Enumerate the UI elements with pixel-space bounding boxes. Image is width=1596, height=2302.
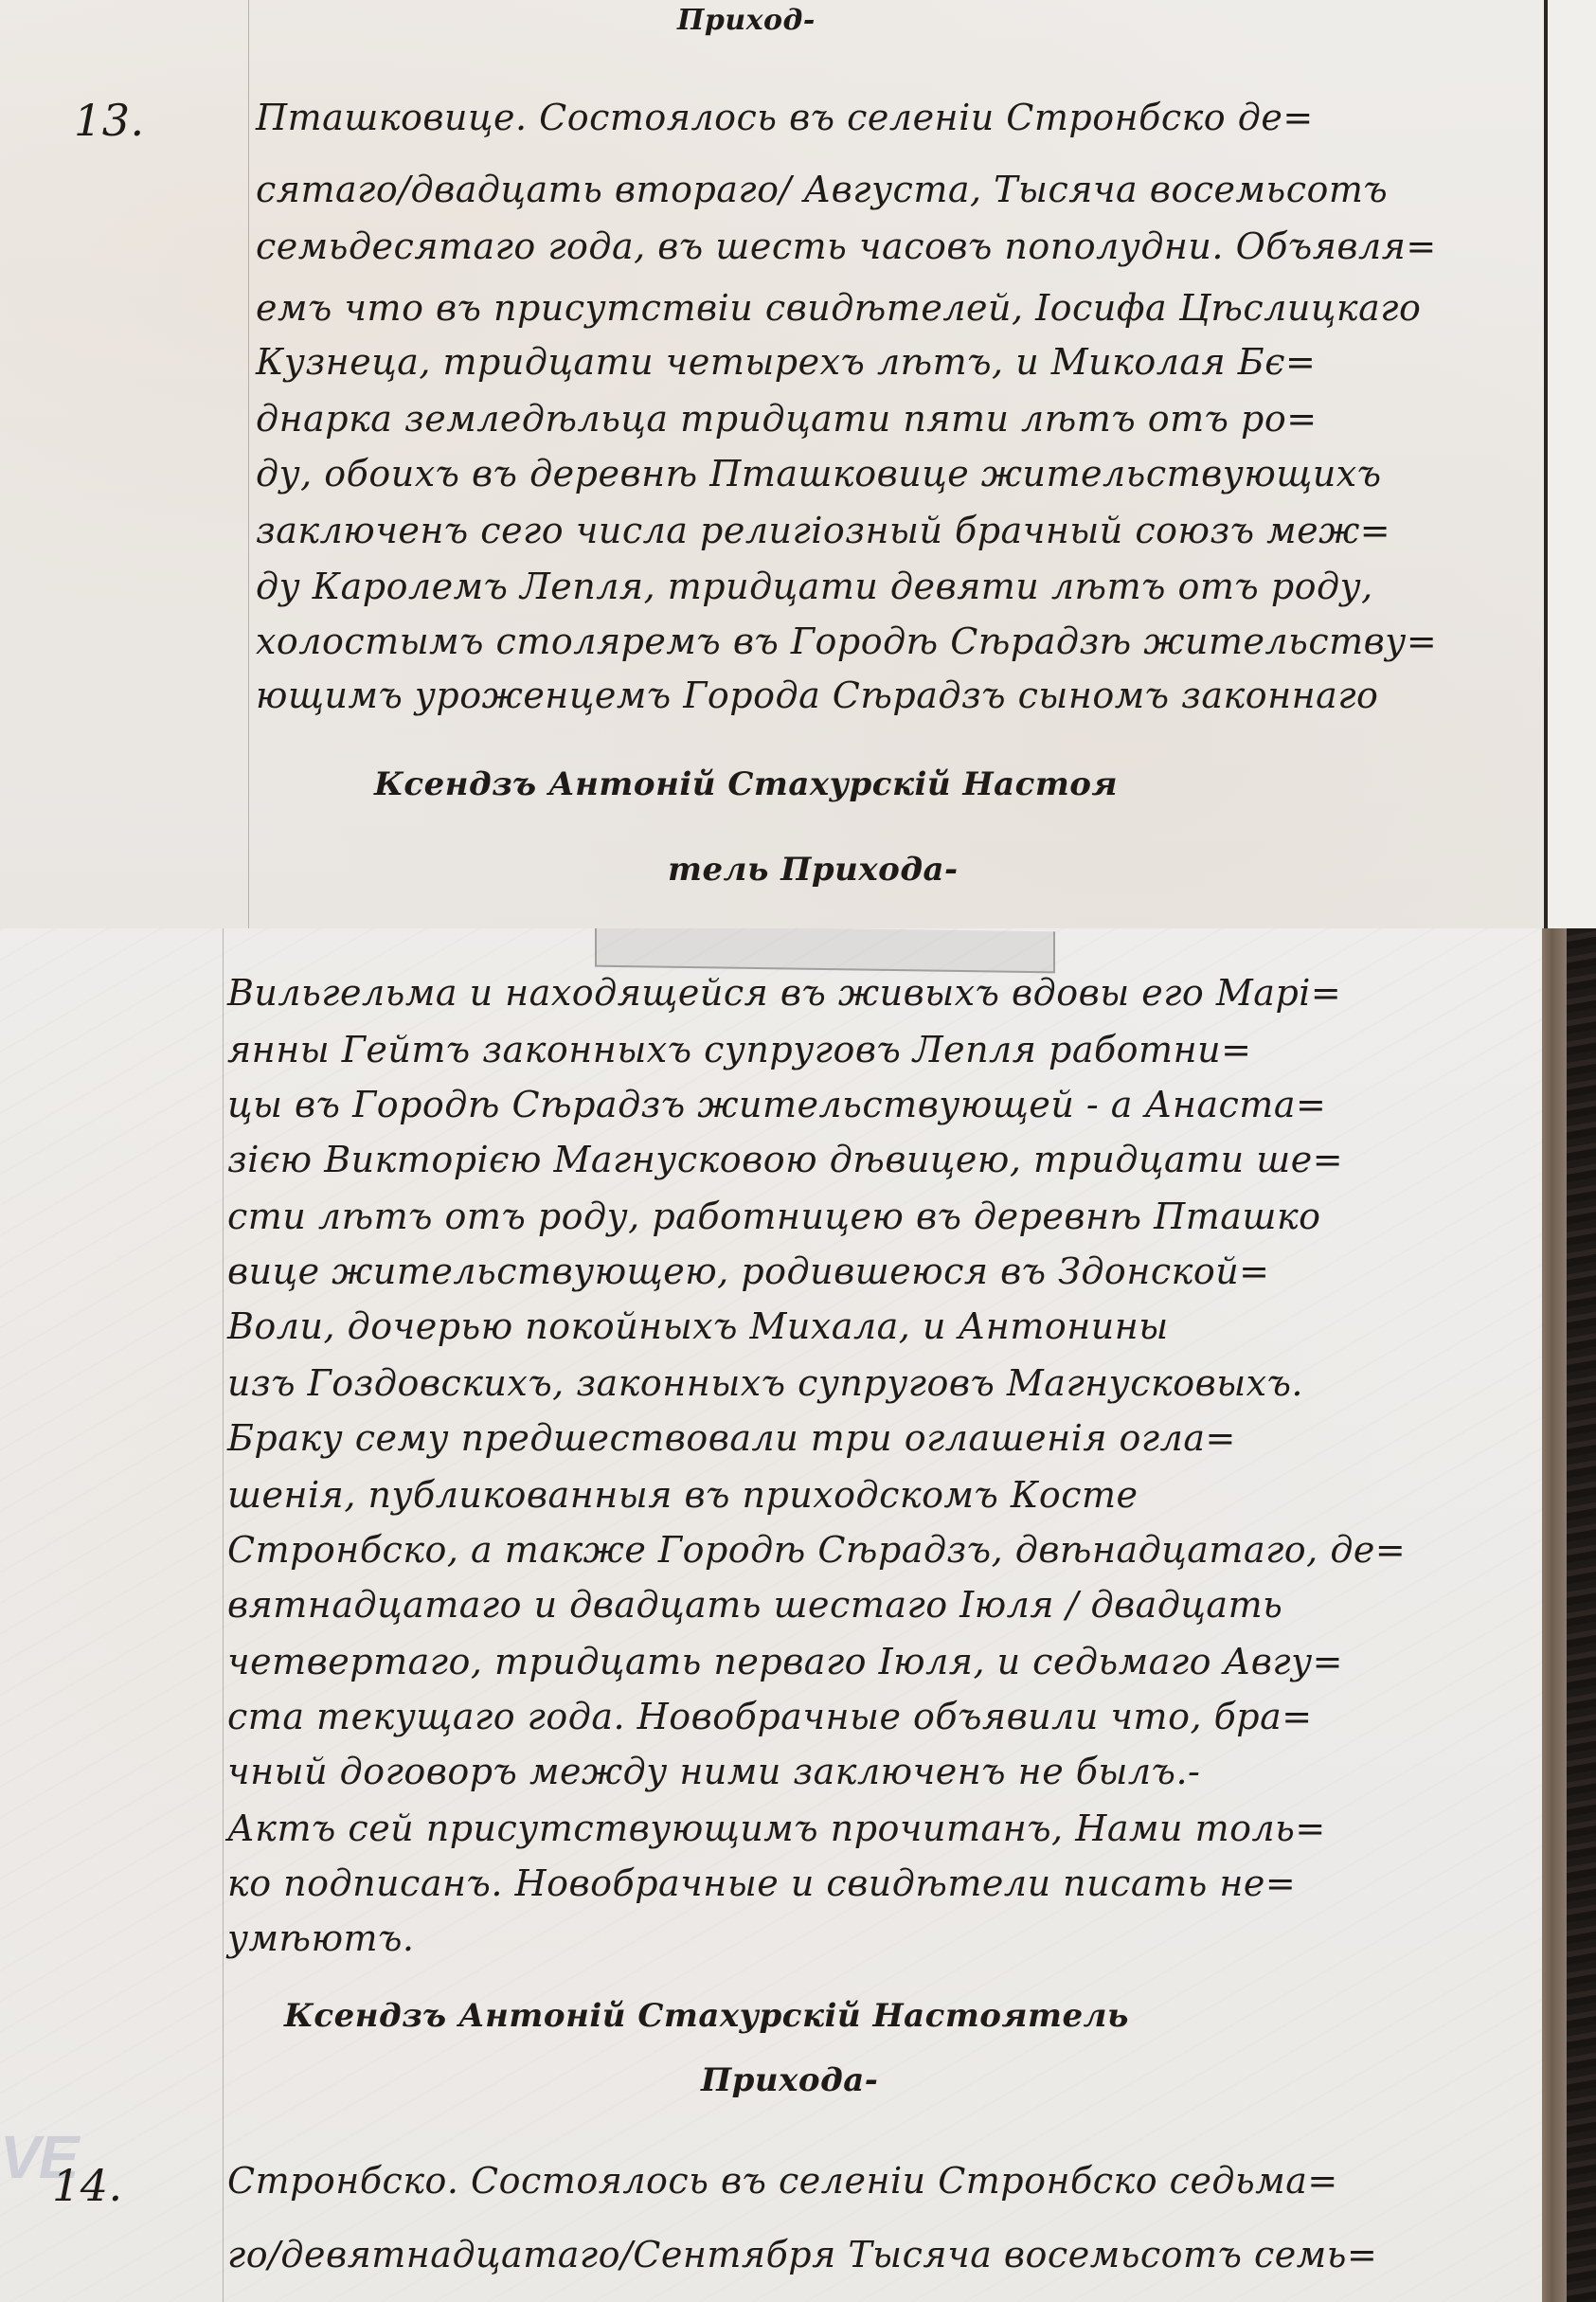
entry-line: ста текущаго года. Новобрачные объявили … [227,1696,1534,1737]
entry-line: ко подписанъ. Новобрачные и свидѣтели пи… [227,1862,1534,1904]
page-binding-edge [1544,0,1548,928]
page-binding-edge [1542,928,1567,2302]
entry-line: Пташковице. Состоялось въ селеніи Стронб… [256,97,1534,138]
priest-signature-line1: Ксендзъ Антоній Стахурскій Настоятель [284,1997,1129,2035]
entry-line: Браку сему предшествовали три оглашенія … [227,1417,1534,1459]
entry-line: сятаго/двадцать втораго/ Августа, Тысяча… [256,169,1534,210]
entry-line: умѣютъ. [227,1917,1534,1959]
entry-line: Стронбско, а также Городѣ Сѣрадзъ, двѣна… [227,1529,1534,1571]
entry-line: чный договоръ между ними заключенъ не бы… [227,1751,1534,1792]
entry-line: зією Викторією Магнусковою дѣвицею, трид… [227,1139,1534,1180]
entry-line: семьдесятаго года, въ шесть часовъ попол… [256,225,1534,267]
margin-rule [248,0,249,928]
top-page-fragment: Приход- 13. Пташковице. Состоялось въ се… [0,0,1596,928]
book-cover-edge [1567,928,1596,2302]
entry-line: ющимъ уроженцемъ Города Сѣрадзъ сыномъ з… [256,674,1534,716]
faded-stamp [595,928,1055,973]
entry-number: 13. [74,95,145,146]
entry-line: го/девятнадцатаго/Сентября Тысяча восемь… [227,2234,1534,2275]
entry-line: четвертаго, тридцать перваго Іюля, и сед… [227,1641,1534,1682]
adjacent-page-edge [1548,0,1596,928]
entry-line: вице жительствующею, родившеюся въ Здонс… [227,1250,1534,1292]
entry-line: ду Каролемъ Лепля, тридцати девяти лѣтъ … [256,566,1534,607]
entry-line: заключенъ сего числа религіозный брачный… [256,510,1534,551]
entry-line: цы въ Городѣ Сѣрадзъ жительствующей - а … [227,1084,1534,1125]
entry-line: ду, обоихъ въ деревнѣ Пташковице жительс… [256,453,1534,495]
bottom-page-fragment: Вильгельма и находящейся въ живыхъ вдовы… [0,928,1596,2302]
entry-line: Стронбско. Состоялось въ селеніи Стронбс… [227,2160,1534,2202]
priest-signature-line1: Ксендзъ Антоній Стахурскій Настоя [374,765,1118,803]
entry-line: холостымъ столяремъ въ Городѣ Сѣрадзѣ жи… [256,620,1534,662]
entry-line: Кузнеца, тридцати четырехъ лѣтъ, и Микол… [256,341,1534,383]
entry-line: сти лѣтъ отъ роду, работницею въ деревнѣ… [227,1196,1534,1237]
entry-line: днарка земледѣльца тридцати пяти лѣтъ от… [256,398,1534,440]
entry-line: вятнадцатаго и двадцать шестаго Іюля / д… [227,1584,1534,1626]
priest-signature-line2: Прихода- [701,2061,878,2099]
margin-rule [223,928,224,2302]
entry-line: янны Гейтъ законныхъ супруговъ Лепля раб… [227,1029,1534,1070]
entry-number: 14. [52,2160,123,2211]
priest-signature-line2: тель Прихода- [668,851,959,889]
entry-line: шенія, публикованныя въ приходскомъ Кост… [227,1474,1534,1516]
entry-line: Актъ сей присутствующимъ прочитанъ, Нами… [227,1807,1534,1849]
header-fragment: Приход- [677,4,816,37]
entry-line: изъ Гоздовскихъ, законныхъ супруговъ Маг… [227,1362,1534,1404]
entry-line: Вильгельма и находящейся въ живыхъ вдовы… [227,972,1534,1014]
entry-line: емъ что въ присутствіи свидѣтелей, Іосиф… [256,287,1534,329]
entry-line: Воли, дочерью покойныхъ Михала, и Антони… [227,1305,1534,1347]
